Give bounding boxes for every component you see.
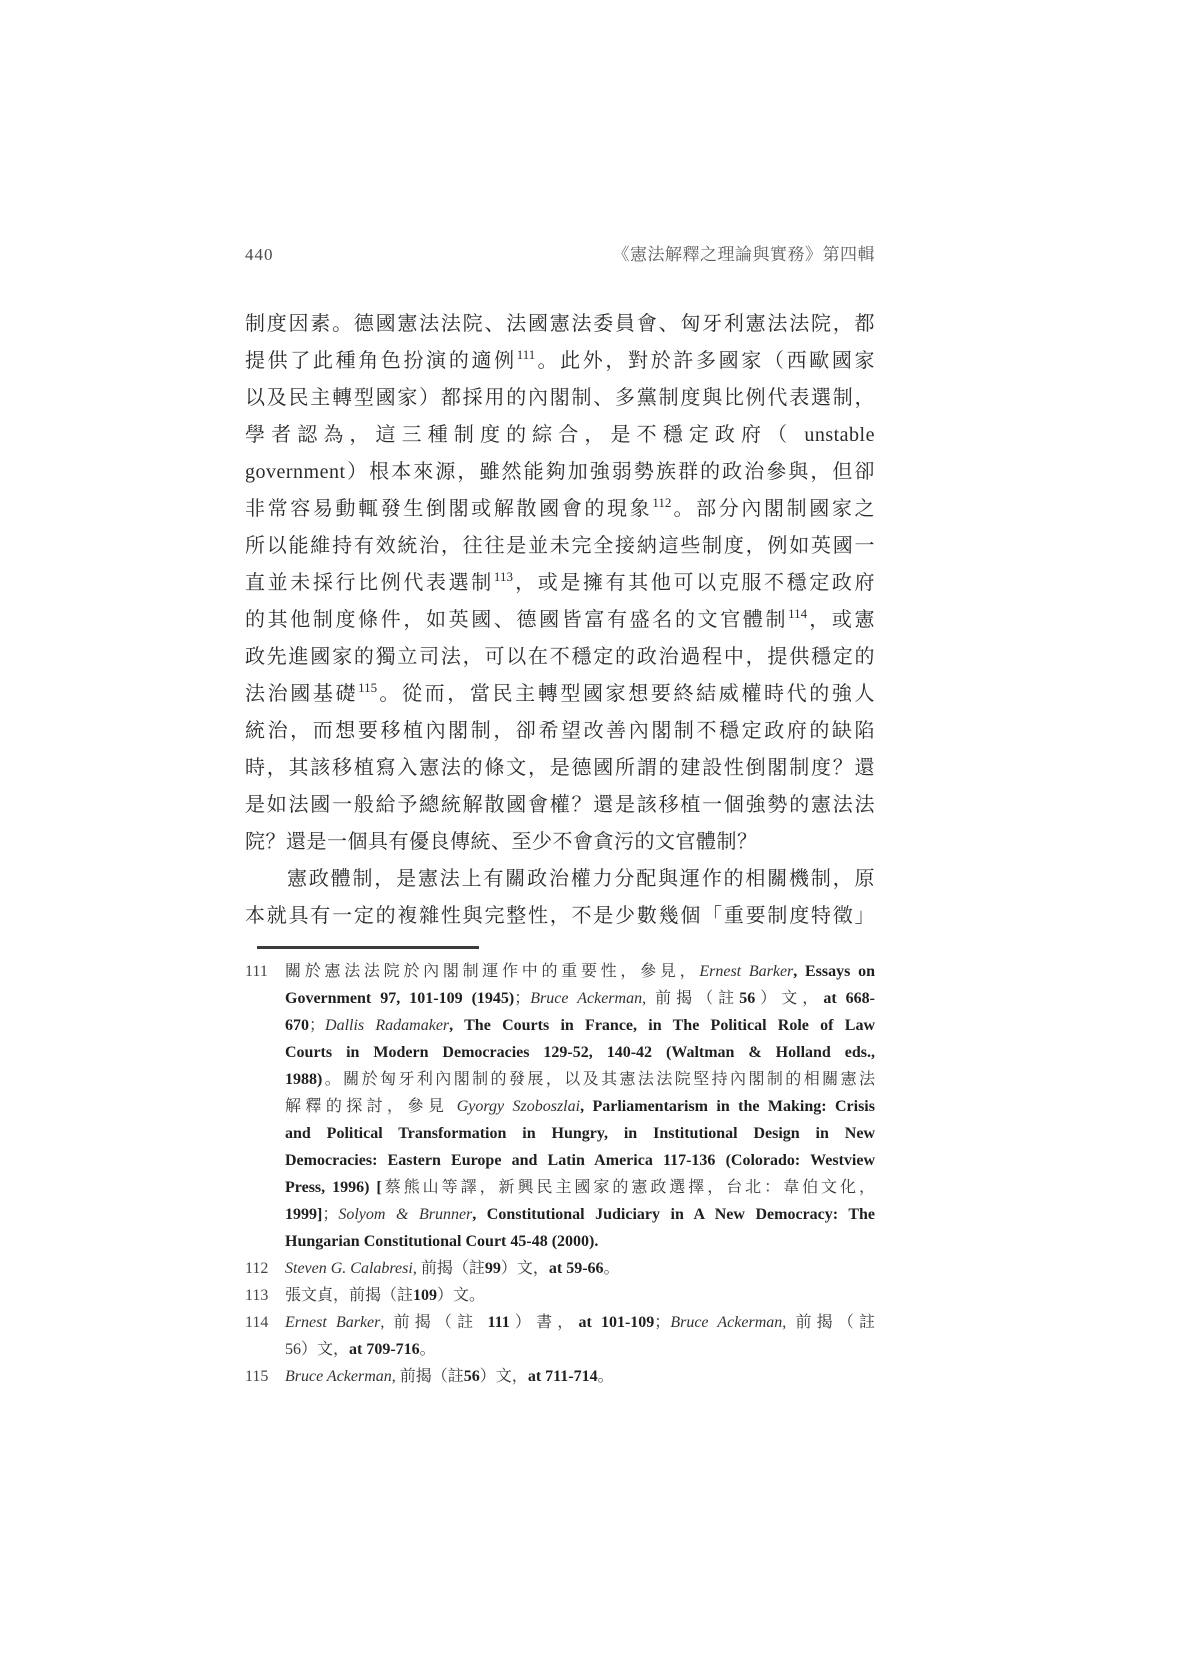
body-line: 憲政體制，是憲法上有關政治權力分配與運作的相關機制，原 xyxy=(245,861,875,898)
body-line: 制度因素。德國憲法法院、法國憲法委員會、匈牙利憲法法院，都 xyxy=(245,306,875,343)
footnote-ref: 112 xyxy=(652,495,671,510)
text-run: , 前揭（註 xyxy=(413,1260,485,1277)
footnote-ref: 114 xyxy=(788,606,807,621)
text-run: 制度因素。德國憲法法院、法國憲法委員會、匈牙利憲法法院，都 xyxy=(245,313,875,335)
body-line: government）根本來源，雖然能夠加強弱勢族群的政治參與，但卻 xyxy=(245,454,875,491)
book-title: 《憲法解釋之理論與實務》第四輯 xyxy=(613,240,876,265)
text-run: ； xyxy=(309,1017,325,1034)
footnote-item: 115Bruce Ackerman, 前揭（註56）文，at 711-714。 xyxy=(245,1363,875,1390)
text-run: 。部分內閣制國家之 xyxy=(671,498,875,520)
text-run: Ernest Barker xyxy=(699,963,793,980)
footnote-number: 114 xyxy=(245,1309,268,1336)
body-line: 直並未採行比例代表選制113，或是擁有其他可以克服不穩定政府 xyxy=(245,565,875,602)
body-line: 的其他制度條件，如英國、德國皆富有盛名的文官體制114，或憲 xyxy=(245,602,875,639)
footnote-line: 1999]；Solyom & Brunner, Constitutional J… xyxy=(285,1201,875,1228)
footnote-item: 114Ernest Barker, 前揭（註 111）書，at 101-109；… xyxy=(245,1309,875,1363)
text-run: 憲政體制，是憲法上有關政治權力分配與運作的相關機制，原 xyxy=(287,868,875,890)
text-run: ）文， xyxy=(755,990,823,1007)
text-run: , Constitutional Judiciary in A New Demo… xyxy=(472,1206,875,1223)
text-run: 張文貞，前揭（註 xyxy=(285,1287,413,1304)
footnote-line: Courts in Modern Democracies 129-52, 140… xyxy=(285,1039,875,1066)
text-run: Solyom & Brunner xyxy=(338,1206,472,1223)
body-line: 非常容易動輒發生倒閣或解散國會的現象112。部分內閣制國家之 xyxy=(245,491,875,528)
footnote-line: Press, 1996) [蔡熊山等譯，新興民主國家的憲政選擇，台北：韋伯文化， xyxy=(285,1174,875,1201)
text-run: 解釋的探討，參見 xyxy=(285,1098,457,1115)
text-run: ，或憲 xyxy=(807,609,875,631)
text-run: 。 xyxy=(598,1368,614,1385)
text-run: 蔡熊山等譯，新興民主國家的憲政選擇，台北：韋伯文化， xyxy=(382,1179,875,1196)
body-line: 時，其該移植寫入憲法的條文，是德國所謂的建設性倒閣制度？還 xyxy=(245,750,875,787)
text-run: Gyorgy Szoboszlai xyxy=(457,1098,580,1115)
text-run: 法治國基礎 xyxy=(245,683,358,705)
footnote-ref: 115 xyxy=(358,680,377,695)
text-run: at 709-716 xyxy=(349,1341,420,1358)
footnote-item: 111關於憲法法院於內閣制運作中的重要性，參見，Ernest Barker, E… xyxy=(245,958,875,1255)
text-run: 政先進國家的獨立司法，可以在不穩定的政治過程中，提供穩定的 xyxy=(245,646,875,668)
text-run: ； xyxy=(322,1206,338,1223)
text-run: 56）文， xyxy=(285,1341,349,1358)
text-run: 。 xyxy=(420,1341,436,1358)
text-run: 時，其該移植寫入憲法的條文，是德國所謂的建設性倒閣制度？還 xyxy=(245,757,875,779)
text-run: Press, 1996) [ xyxy=(285,1179,382,1196)
text-run: and Political Transformation in Hungry, … xyxy=(285,1125,875,1142)
text-run: , Parliamentarism in the Making: Crisis xyxy=(580,1098,875,1115)
footnote-line: 解釋的探討，參見 Gyorgy Szoboszlai, Parliamentar… xyxy=(285,1093,875,1120)
text-run: at 711-714 xyxy=(528,1368,598,1385)
text-run: ）文。 xyxy=(437,1287,485,1304)
body-line: 院？還是一個具有優良傳統、至少不會貪污的文官體制？ xyxy=(245,824,875,861)
footnote-ref: 111 xyxy=(517,347,536,362)
footnote-line: 張文貞，前揭（註109）文。 xyxy=(285,1282,875,1309)
body-line: 政先進國家的獨立司法，可以在不穩定的政治過程中，提供穩定的 xyxy=(245,639,875,676)
footnote-number: 111 xyxy=(245,958,268,985)
text-run: ）文， xyxy=(480,1368,528,1385)
text-run: 1988) xyxy=(285,1071,322,1088)
text-run: ）文， xyxy=(501,1260,549,1277)
text-run: Steven G. Calabresi xyxy=(285,1260,413,1277)
footnote-line: 關於憲法法院於內閣制運作中的重要性，參見，Ernest Barker, Essa… xyxy=(285,958,875,985)
body-line: 法治國基礎115。從而，當民主轉型國家想要終結威權時代的強人 xyxy=(245,676,875,713)
text-run: 111 xyxy=(487,1314,509,1331)
footnote-line: 1988)。關於匈牙利內閣制的發展，以及其憲法法院堅持內閣制的相關憲法 xyxy=(285,1066,875,1093)
text-run: ； xyxy=(654,1314,670,1331)
body-line: 統治，而想要移植內閣制，卻希望改善內閣制不穩定政府的缺陷 xyxy=(245,713,875,750)
text-run: Hungarian Constitutional Court 45-48 (20… xyxy=(285,1233,598,1250)
text-run: 109 xyxy=(413,1287,437,1304)
text-run: ）書， xyxy=(510,1314,579,1331)
text-run: Ernest Barker xyxy=(285,1314,380,1331)
text-run: Dallis Radamaker xyxy=(325,1017,449,1034)
text-run: at 668- xyxy=(823,990,875,1007)
footnote-line: Hungarian Constitutional Court 45-48 (20… xyxy=(285,1228,875,1255)
body-line: 本就具有一定的複雜性與完整性，不是少數幾個「重要制度特徵」 xyxy=(245,898,875,935)
body-text: 制度因素。德國憲法法院、法國憲法委員會、匈牙利憲法法院，都提供了此種角色扮演的適… xyxy=(245,306,875,935)
text-run: at 101-109 xyxy=(578,1314,654,1331)
footnote-line: Ernest Barker, 前揭（註 111）書，at 101-109；Bru… xyxy=(285,1309,875,1336)
footnote-item: 113張文貞，前揭（註109）文。 xyxy=(245,1282,875,1309)
text-run: at 59-66 xyxy=(549,1260,604,1277)
footnote-line: Steven G. Calabresi, 前揭（註99）文，at 59-66。 xyxy=(285,1255,875,1282)
text-run: , 前揭（註 xyxy=(380,1314,487,1331)
footnote-ref: 113 xyxy=(494,569,513,584)
text-run: 1999] xyxy=(285,1206,322,1223)
footnotes-separator xyxy=(257,946,479,949)
text-run: 本就具有一定的複雜性與完整性，不是少數幾個「重要制度特徵」 xyxy=(245,905,875,927)
text-run: Government 97, 101-109 (1945) xyxy=(285,990,514,1007)
text-run: 99 xyxy=(485,1260,501,1277)
footnote-item: 112Steven G. Calabresi, 前揭（註99）文，at 59-6… xyxy=(245,1255,875,1282)
text-run: 是如法國一般給予總統解散國會權？還是該移植一個強勢的憲法法 xyxy=(245,794,875,816)
text-run: 以及民主轉型國家）都採用的內閣制、多黨制度與比例代表選制， xyxy=(245,387,875,409)
text-run: , The Courts in France, in The Political… xyxy=(449,1017,875,1034)
text-run: Courts in Modern Democracies 129-52, 140… xyxy=(285,1044,875,1061)
footnote-number: 115 xyxy=(245,1363,268,1390)
text-run: 統治，而想要移植內閣制，卻希望改善內閣制不穩定政府的缺陷 xyxy=(245,720,875,742)
footnote-line: 56）文，at 709-716。 xyxy=(285,1336,875,1363)
footnotes: 111關於憲法法院於內閣制運作中的重要性，參見，Ernest Barker, E… xyxy=(245,958,875,1390)
book-page: 440 《憲法解釋之理論與實務》第四輯 制度因素。德國憲法法院、法國憲法委員會、… xyxy=(0,0,1177,1664)
text-run: 。關於匈牙利內閣制的發展，以及其憲法法院堅持內閣制的相關憲法 xyxy=(322,1071,875,1088)
body-line: 提供了此種角色扮演的適例111。此外，對於許多國家（西歐國家 xyxy=(245,343,875,380)
text-run: , 前揭（註 xyxy=(392,1368,464,1385)
text-run: 直並未採行比例代表選制 xyxy=(245,572,494,594)
body-line: 以及民主轉型國家）都採用的內閣制、多黨制度與比例代表選制， xyxy=(245,380,875,417)
text-run: Democracies: Eastern Europe and Latin Am… xyxy=(285,1152,875,1169)
footnote-line: Bruce Ackerman, 前揭（註56）文，at 711-714。 xyxy=(285,1363,875,1390)
footnote-number: 113 xyxy=(245,1282,268,1309)
text-run: 關於憲法法院於內閣制運作中的重要性，參見， xyxy=(285,963,699,980)
page-number: 440 xyxy=(245,245,274,265)
text-run: Bruce Ackerman xyxy=(285,1368,392,1385)
footnote-line: Government 97, 101-109 (1945)；Bruce Acke… xyxy=(285,985,875,1012)
text-run: 院？還是一個具有優良傳統、至少不會貪污的文官體制？ xyxy=(245,831,758,853)
text-run: Bruce Ackerman xyxy=(670,1314,782,1331)
page-header: 440 《憲法解釋之理論與實務》第四輯 xyxy=(245,240,875,265)
text-run: 非常容易動輒發生倒閣或解散國會的現象 xyxy=(245,498,652,520)
text-run: 670 xyxy=(285,1017,309,1034)
text-run: 。此外，對於許多國家（西歐國家 xyxy=(535,350,875,372)
text-run: ； xyxy=(514,990,530,1007)
footnote-line: Democracies: Eastern Europe and Latin Am… xyxy=(285,1147,875,1174)
text-run: 。從而，當民主轉型國家想要終結威權時代的強人 xyxy=(377,683,875,705)
text-run: , 前揭（註 xyxy=(642,990,739,1007)
text-run: 所以能維持有效統治，往往是並未完全接納這些制度，例如英國一 xyxy=(245,535,875,557)
text-run: ，或是擁有其他可以克服不穩定政府 xyxy=(513,572,875,594)
body-line: 學者認為，這三種制度的綜合，是不穩定政府（ unstable xyxy=(245,417,875,454)
footnote-number: 112 xyxy=(245,1255,268,1282)
body-line: 所以能維持有效統治，往往是並未完全接納這些制度，例如英國一 xyxy=(245,528,875,565)
footnote-line: and Political Transformation in Hungry, … xyxy=(285,1120,875,1147)
text-run: 學者認為，這三種制度的綜合，是不穩定政府（ unstable xyxy=(245,424,875,446)
text-run: , 前揭（註 xyxy=(782,1314,875,1331)
text-run: 56 xyxy=(739,990,755,1007)
text-run: 的其他制度條件，如英國、德國皆富有盛名的文官體制 xyxy=(245,609,788,631)
text-run: Bruce Ackerman xyxy=(530,990,642,1007)
text-run: government）根本來源，雖然能夠加強弱勢族群的政治參與，但卻 xyxy=(245,461,875,483)
text-run: 。 xyxy=(604,1260,620,1277)
body-line: 是如法國一般給予總統解散國會權？還是該移植一個強勢的憲法法 xyxy=(245,787,875,824)
footnote-line: 670；Dallis Radamaker, The Courts in Fran… xyxy=(285,1012,875,1039)
text-run: , Essays on xyxy=(793,963,875,980)
text-run: 提供了此種角色扮演的適例 xyxy=(245,350,517,372)
text-run: 56 xyxy=(464,1368,480,1385)
